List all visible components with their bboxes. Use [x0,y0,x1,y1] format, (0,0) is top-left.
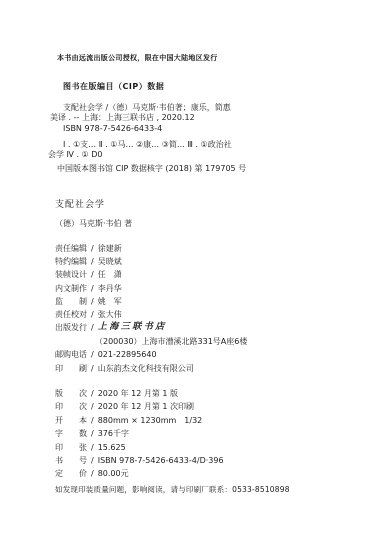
copyright-page: 本书由远流出版公司授权，限在中国大陆地区发行 图书在版编目（CIP）数据 支配社… [0,0,375,543]
credit-value: 徐建新 [98,242,122,255]
printer-label: 印 刷 [55,362,88,375]
credit-row-supervisor: 监 制/姚 军 [55,295,122,308]
publisher-address: （200030）上海市漕溪北路331号A座6楼 [55,335,247,348]
credits-list: 责任编辑/徐建新 特约编辑/吴晓斌 装帧设计/任 潇 内文制作/李丹华 监 制/… [55,242,122,321]
spec-label: 定 价 [55,467,88,480]
credit-label: 内文制作 [55,282,88,295]
publisher-row: 出版发行/上海三联书店 [55,321,247,335]
mail-order-phone: 021-22895640 [98,348,157,361]
spec-label: 版 次 [55,387,88,400]
credit-label: 责任校对 [55,308,88,321]
spec-value: 80.00元 [98,467,129,480]
slash-separator: / [91,255,94,268]
spec-value: 2020 年 12 月第 1 版 [98,387,178,400]
credit-row-typesetting: 内文制作/李丹华 [55,282,122,295]
spec-label: 印 次 [55,400,88,413]
spec-row-edition: 版 次/2020 年 12 月第 1 版 [55,387,224,400]
cip-description-line1: 支配社会学 /（德）马克斯·韦伯著；康乐，简惠 [63,103,231,113]
credit-label: 责任编辑 [55,242,88,255]
publisher-label: 出版发行 [55,321,88,334]
credit-value: 张大伟 [98,308,122,321]
cip-heading: 图书在版编目（CIP）数据 [63,82,164,92]
printer-row: 印 刷/山东韵杰文化科技有限公司 [55,362,247,375]
cip-description-line2: 美译 . -- 上海：上海三联书店 , 2020.12 [50,113,195,123]
spec-row-price: 定 价/80.00元 [55,467,224,480]
slash-separator: / [91,308,94,321]
spec-label: 字 数 [55,427,88,440]
slash-separator: / [91,268,94,281]
slash-separator: / [91,414,94,427]
slash-separator: / [91,362,94,375]
cip-isbn: ISBN 978-7-5426-6433-4 [63,124,162,134]
slash-separator: / [91,321,94,334]
spec-row-printing: 印 次/2020 年 12 月第 1 次印刷 [55,400,224,413]
credit-row-contributing-editor: 特约编辑/吴晓斌 [55,255,122,268]
book-author: （德）马克斯·韦伯 著 [55,219,132,229]
book-title: 支配社会学 [55,200,105,210]
credit-value: 姚 军 [98,295,122,308]
publisher-name: 上海三联书店 [98,321,167,334]
credit-label: 装帧设计 [55,268,88,281]
slash-separator: / [91,467,94,480]
credit-row-proofreader: 责任校对/张大伟 [55,308,122,321]
spec-row-format: 开 本/880mm × 1230mm 1/32 [55,414,224,427]
credit-row-design: 装帧设计/任 潇 [55,268,122,281]
slash-separator: / [91,400,94,413]
slash-separator: / [91,282,94,295]
spec-label: 开 本 [55,414,88,427]
spec-label: 印 张 [55,441,88,454]
slash-separator: / [91,454,94,467]
spec-value: ISBN 978-7-5426-6433-4/D·396 [98,454,224,467]
spec-row-sheets: 印 张/15.625 [55,441,224,454]
credit-value: 李丹华 [98,282,122,295]
cip-record-number: 中国版本图书馆 CIP 数据核字 (2018) 第 179705 号 [57,164,246,174]
cip-classification-line1: Ⅰ . ①支… Ⅱ . ①马… ②康… ③简… Ⅲ . ①政治社 [63,140,232,150]
credit-value: 吴晓斌 [98,255,122,268]
slash-separator: / [91,242,94,255]
slash-separator: / [91,427,94,440]
quality-notice: 如发现印装质量问题，影响阅读，请与印刷厂联系：0533-8510898 [55,485,290,495]
authorization-notice: 本书由远流出版公司授权，限在中国大陆地区发行 [57,53,218,63]
publisher-block: 出版发行/上海三联书店 （200030）上海市漕溪北路331号A座6楼 邮购电话… [55,321,247,375]
slash-separator: / [91,387,94,400]
specs-list: 版 次/2020 年 12 月第 1 版 印 次/2020 年 12 月第 1 … [55,387,224,481]
cip-classification-line2: 会学 Ⅳ . ① D0 [48,150,103,160]
spec-value: 880mm × 1230mm 1/32 [98,414,203,427]
spec-label: 书 号 [55,454,88,467]
mail-order-label: 邮购电话 [55,348,88,361]
slash-separator: / [91,295,94,308]
spec-value: 2020 年 12 月第 1 次印刷 [98,400,194,413]
printer-name: 山东韵杰文化科技有限公司 [98,362,194,375]
spec-value: 15.625 [98,441,126,454]
spec-row-isbn: 书 号/ISBN 978-7-5426-6433-4/D·396 [55,454,224,467]
spec-row-word-count: 字 数/376千字 [55,427,224,440]
credit-value: 任 潇 [98,268,122,281]
slash-separator: / [91,348,94,361]
spec-value: 376千字 [98,427,129,440]
mail-order-phone-row: 邮购电话/021-22895640 [55,348,247,361]
credit-row-editor: 责任编辑/徐建新 [55,242,122,255]
credit-label: 监 制 [55,295,88,308]
credit-label: 特约编辑 [55,255,88,268]
slash-separator: / [91,441,94,454]
